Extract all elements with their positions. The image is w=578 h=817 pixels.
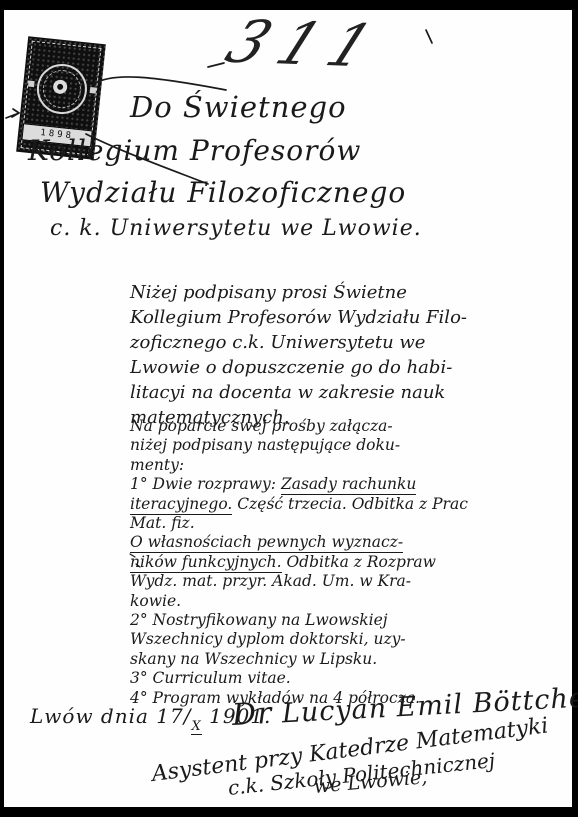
stamp-ornament bbox=[90, 87, 97, 94]
dateline-day: 17 bbox=[156, 704, 183, 728]
body-line: Wydz. mat. przyr. Akad. Um. w Kra- bbox=[130, 572, 482, 591]
body-line: Mat. fiz. bbox=[130, 514, 482, 533]
paper: 1898 311 Do Świetnego Kollegium Profesor… bbox=[4, 10, 572, 807]
body-paragraph-request: Niżej podpisany prosi ŚwietneKollegium P… bbox=[130, 280, 482, 430]
address-line-1: Do Świetnego bbox=[130, 90, 347, 124]
body-line: Kollegium Profesorów Wydziału Filo- bbox=[130, 305, 482, 330]
address-line-4: c. k. Uniwersytetu we Lwowie. bbox=[50, 216, 422, 241]
address-line-3: Wydziału Filozoficznego bbox=[40, 176, 406, 209]
body-line: 3° Curriculum vitae. bbox=[130, 669, 482, 688]
stamp-ornament bbox=[28, 81, 35, 88]
body-line: menty: bbox=[130, 456, 482, 475]
body-line: Wszechnicy dyplom doktorski, uzy- bbox=[130, 630, 482, 649]
body-line: Lwowie o dopuszczenie go do habi- bbox=[130, 355, 482, 380]
dateline-prefix: Lwów dnia bbox=[30, 704, 149, 728]
body-line: skany na Wszechnicy w Lipsku. bbox=[130, 650, 482, 669]
body-line: Na poparcie swej prośby załącza- bbox=[130, 417, 482, 436]
body-line: ników funkcyjnych. Odbitka z Rozpraw bbox=[130, 553, 482, 572]
margin-arrow bbox=[6, 109, 19, 118]
tick-mark bbox=[426, 30, 432, 43]
body-line: O własnościach pewnych wyznacz- bbox=[130, 533, 482, 552]
body-paragraph-attachments: Na poparcie swej prośby załącza-niżej po… bbox=[130, 417, 482, 708]
scanned-letter: 1898 311 Do Świetnego Kollegium Profesor… bbox=[0, 0, 578, 817]
body-line: Niżej podpisany prosi Świetne bbox=[130, 280, 482, 305]
signature-prefix: Dr bbox=[231, 696, 273, 733]
body-line: niżej podpisany następujące doku- bbox=[130, 436, 482, 455]
file-number: 311 bbox=[216, 7, 396, 80]
body-line: litacyi na docenta w zakresie nauk bbox=[130, 380, 482, 405]
body-line: kowie. bbox=[130, 592, 482, 611]
dateline-month: X bbox=[191, 719, 201, 735]
body-line: 1° Dwie rozprawy: Zasady rachunku bbox=[130, 475, 482, 494]
pen-stroke bbox=[94, 77, 226, 90]
body-line: iteracyjnego. Część trzecia. Odbitka z P… bbox=[130, 495, 482, 514]
body-line: 2° Nostryfikowany na Lwowskiej bbox=[130, 611, 482, 630]
address-line-2: Kollegium Profesorów bbox=[28, 134, 361, 167]
body-line: zoficznego c.k. Uniwersytetu we bbox=[130, 330, 482, 355]
